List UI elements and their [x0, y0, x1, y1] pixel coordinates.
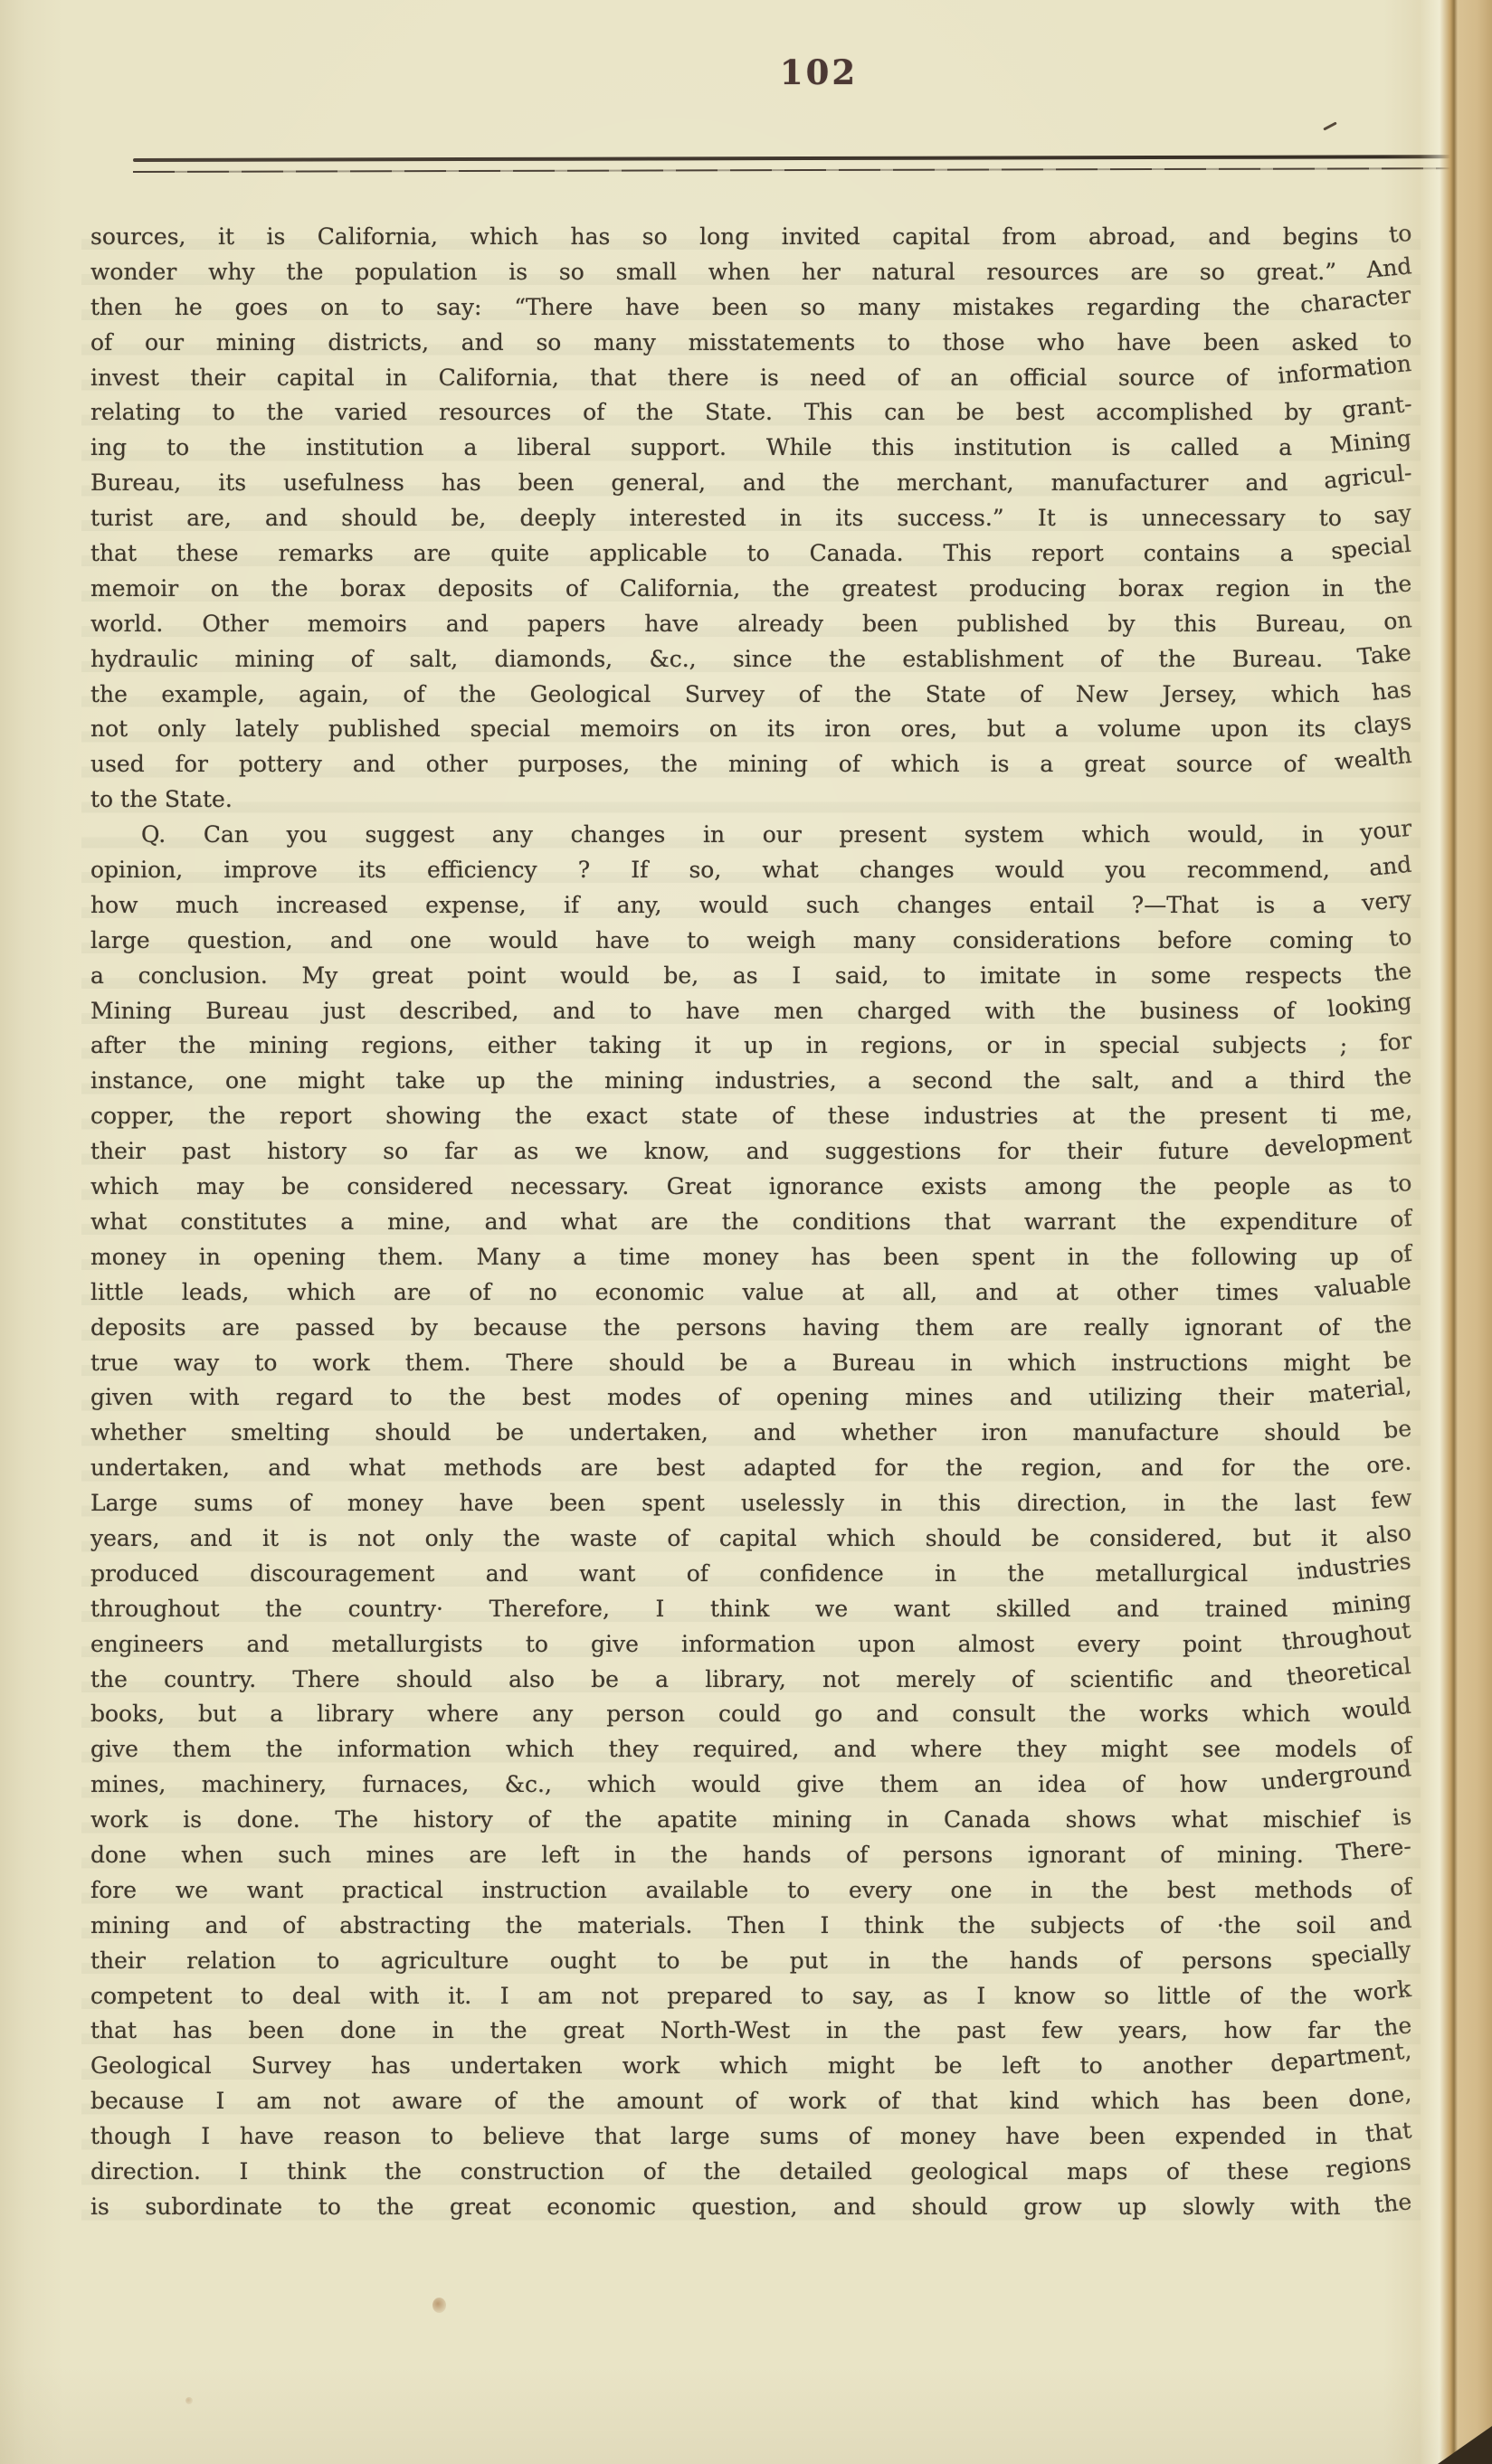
- text-line: mining and of abstracting the materials.…: [90, 1909, 1413, 1944]
- text-line: whether smelting should be undertaken, a…: [90, 1416, 1413, 1451]
- text-line: then he goes on to say: “There have been…: [90, 290, 1413, 326]
- text-line: competent to deal with it. I am not prep…: [90, 1979, 1413, 2014]
- text-line: give them the information which they req…: [90, 1732, 1413, 1767]
- text-line: direction. I think the construction of t…: [90, 2155, 1413, 2190]
- text-line: hydraulic mining of salt, diamonds, &c.,…: [90, 642, 1413, 678]
- text-line: sources, it is California, which has so …: [90, 220, 1413, 255]
- text-line: turist are, and should be, deeply intere…: [90, 501, 1413, 536]
- text-line: little leads, which are of no economic v…: [90, 1275, 1413, 1311]
- text-line: instance, one might take up the mining i…: [90, 1064, 1413, 1099]
- text-line: work is done. The history of the apatite…: [90, 1803, 1413, 1838]
- text-line: copper, the report showing the exact sta…: [90, 1099, 1413, 1134]
- text-line: produced discouragement and want of conf…: [90, 1557, 1413, 1592]
- text-line: their relation to agriculture ought to b…: [90, 1944, 1413, 1979]
- text-line: Q. Can you suggest any changes in our pr…: [90, 818, 1413, 853]
- text-line: because I am not aware of the amount of …: [90, 2084, 1413, 2119]
- text-line: Large sums of money have been spent usel…: [90, 1486, 1413, 1521]
- text-line: though I have reason to believe that lar…: [90, 2119, 1413, 2155]
- text-line: a conclusion. My great point would be, a…: [90, 959, 1413, 994]
- text-line: deposits are passed by because the perso…: [90, 1311, 1413, 1346]
- text-line: engineers and metallurgists to give info…: [90, 1627, 1413, 1663]
- text-line: mines, machinery, furnaces, &c., which w…: [90, 1767, 1413, 1803]
- text-line: done when such mines are left in the han…: [90, 1838, 1413, 1873]
- pen-mark: [1323, 121, 1337, 130]
- text-line: to the State.: [90, 782, 1413, 818]
- text-line: money in opening them. Many a time money…: [90, 1240, 1413, 1275]
- text-line: memoir on the borax deposits of Californ…: [90, 572, 1413, 607]
- text-line: throughout the country· Therefore, I thi…: [90, 1592, 1413, 1627]
- text-line: large question, and one would have to we…: [90, 924, 1413, 959]
- text-line: fore we want practical instruction avail…: [90, 1873, 1413, 1909]
- text-line: books, but a library where any person co…: [90, 1697, 1413, 1732]
- text-line: of our mining districts, and so many mis…: [90, 326, 1413, 361]
- divider-light-rule: [133, 167, 1459, 173]
- text-line: which may be considered necessary. Great…: [90, 1170, 1413, 1205]
- text-line: that these remarks are quite applicable …: [90, 536, 1413, 572]
- text-line: not only lately published special memoir…: [90, 712, 1413, 747]
- text-line: Geological Survey has undertaken work wh…: [90, 2049, 1413, 2084]
- text-line: what constitutes a mine, and what are th…: [90, 1205, 1413, 1240]
- text-line: given with regard to the best modes of o…: [90, 1380, 1413, 1416]
- book-binding-edge: [1383, 0, 1492, 2464]
- text-line: the example, again, of the Geological Su…: [90, 678, 1413, 713]
- text-line: years, and it is not only the waste of c…: [90, 1521, 1413, 1557]
- text-line: true way to work them. There should be a…: [90, 1346, 1413, 1381]
- page-number: 102: [780, 52, 858, 92]
- text-line: that has been done in the great North-We…: [90, 2014, 1413, 2049]
- text-line: their past history so far as we know, an…: [90, 1134, 1413, 1170]
- divider-heavy-rule: [133, 155, 1459, 162]
- scanned-page: 102 sources, it is California, which has…: [0, 0, 1492, 2464]
- text-line: relating to the varied resources of the …: [90, 395, 1413, 431]
- text-line: undertaken, and what methods are best ad…: [90, 1451, 1413, 1486]
- text-line: after the mining regions, either taking …: [90, 1028, 1413, 1064]
- text-line: how much increased expense, if any, woul…: [90, 888, 1413, 924]
- text-line: ing to the institution a liberal support…: [90, 431, 1413, 466]
- text-line: invest their capital in California, that…: [90, 361, 1413, 396]
- text-line: used for pottery and other purposes, the…: [90, 747, 1413, 782]
- text-line: Mining Bureau just described, and to hav…: [90, 994, 1413, 1029]
- stain-mark: [185, 2397, 193, 2404]
- text-line: world. Other memoirs and papers have alr…: [90, 607, 1413, 642]
- stain-mark: [432, 2298, 446, 2313]
- body-text: sources, it is California, which has so …: [90, 220, 1413, 2225]
- text-line: Bureau, its usefulness has been general,…: [90, 466, 1413, 501]
- text-line: is subordinate to the great economic que…: [90, 2190, 1413, 2225]
- text-line: wonder why the population is so small wh…: [90, 255, 1413, 290]
- text-line: the country. There should also be a libr…: [90, 1663, 1413, 1698]
- text-line: opinion, improve its efficiency ? If so,…: [90, 853, 1413, 888]
